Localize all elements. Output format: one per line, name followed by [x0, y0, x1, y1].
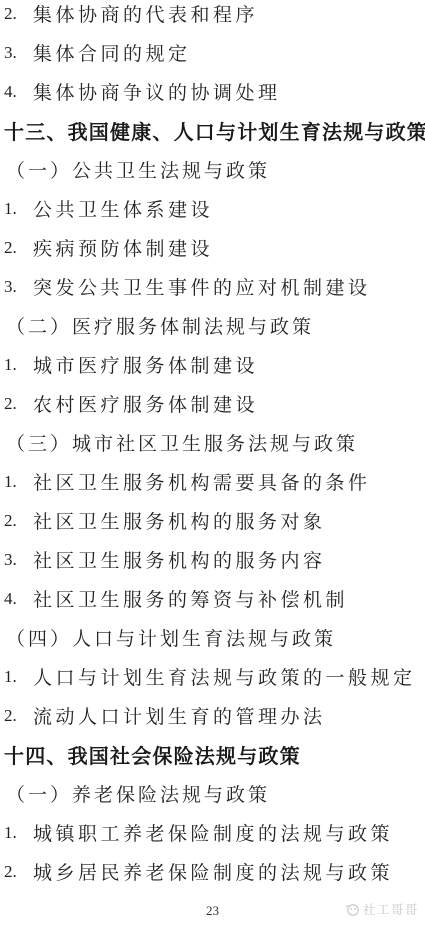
- toc-line-item: 2.社区卫生服务机构的服务对象: [0, 501, 425, 540]
- toc-line-section: （二）医疗服务体制法规与政策: [0, 306, 425, 345]
- toc-line-item: 2.农村医疗服务体制建设: [0, 384, 425, 423]
- item-text: 集体协商的代表和程序: [33, 0, 258, 27]
- item-number: 2.: [4, 511, 33, 531]
- item-text: 十三、我国健康、人口与计划生育法规与政策: [4, 116, 425, 145]
- toc-line-item: 3.突发公共卫生事件的应对机制建设: [0, 267, 425, 306]
- item-number: 2.: [4, 4, 33, 24]
- toc-line-item: 2.城乡居民养老保险制度的法规与政策: [0, 852, 425, 891]
- item-text: （三）城市社区卫生服务法规与政策: [6, 429, 358, 456]
- document-page: 2.集体协商的代表和程序3.集体合同的规定4.集体协商争议的协调处理十三、我国健…: [0, 0, 425, 930]
- item-text: 突发公共卫生事件的应对机制建设: [33, 273, 371, 300]
- toc-line-item: 1.城镇职工养老保险制度的法规与政策: [0, 813, 425, 852]
- item-text: 疾病预防体制建设: [33, 234, 213, 261]
- toc-line-item: 3.社区卫生服务机构的服务内容: [0, 540, 425, 579]
- item-number: 4.: [4, 82, 33, 102]
- item-text: （一）公共卫生法规与政策: [6, 156, 270, 183]
- item-text: 城乡居民养老保险制度的法规与政策: [33, 858, 393, 885]
- item-number: 3.: [4, 277, 33, 297]
- item-text: 社区卫生服务机构的服务对象: [33, 507, 326, 534]
- toc-line-section: （三）城市社区卫生服务法规与政策: [0, 423, 425, 462]
- toc-line-item: 1.公共卫生体系建设: [0, 189, 425, 228]
- item-text: 集体合同的规定: [33, 39, 191, 66]
- toc-line-item: 2.疾病预防体制建设: [0, 228, 425, 267]
- toc-line-item: 1.城市医疗服务体制建设: [0, 345, 425, 384]
- item-text: 人口与计划生育法规与政策的一般规定: [33, 663, 416, 690]
- toc-line-chapter: 十三、我国健康、人口与计划生育法规与政策: [0, 111, 425, 150]
- item-text: 城市医疗服务体制建设: [33, 351, 258, 378]
- item-text: 社区卫生服务机构的服务内容: [33, 546, 326, 573]
- item-text: （一）养老保险法规与政策: [6, 780, 270, 807]
- item-number: 3.: [4, 43, 33, 63]
- item-number: 2.: [4, 862, 33, 882]
- toc-line-section: （一）养老保险法规与政策: [0, 774, 425, 813]
- toc-line-item: 4.社区卫生服务的筹资与补偿机制: [0, 579, 425, 618]
- item-text: （四）人口与计划生育法规与政策: [6, 624, 336, 651]
- toc-line-section: （四）人口与计划生育法规与政策: [0, 618, 425, 657]
- item-number: 1.: [4, 667, 33, 687]
- item-text: 农村医疗服务体制建设: [33, 390, 258, 417]
- item-text: 集体协商争议的协调处理: [33, 78, 281, 105]
- toc-line-item: 2.集体协商的代表和程序: [0, 0, 425, 33]
- item-number: 4.: [4, 589, 33, 609]
- toc-line-item: 3.集体合同的规定: [0, 33, 425, 72]
- toc: 2.集体协商的代表和程序3.集体合同的规定4.集体协商争议的协调处理十三、我国健…: [0, 0, 425, 891]
- watermark: 社工哥哥: [345, 900, 419, 918]
- item-text: 社区卫生服务的筹资与补偿机制: [33, 585, 348, 612]
- item-number: 1.: [4, 199, 33, 219]
- item-number: 1.: [4, 823, 33, 843]
- toc-line-item: 1.人口与计划生育法规与政策的一般规定: [0, 657, 425, 696]
- watermark-label: 社工哥哥: [363, 900, 419, 918]
- item-text: 流动人口计划生育的管理办法: [33, 702, 326, 729]
- item-number: 1.: [4, 355, 33, 375]
- item-text: 十四、我国社会保险法规与政策: [4, 740, 301, 769]
- item-number: 2.: [4, 706, 33, 726]
- item-text: （二）医疗服务体制法规与政策: [6, 312, 314, 339]
- item-number: 1.: [4, 472, 33, 492]
- item-number: 3.: [4, 550, 33, 570]
- item-text: 社区卫生服务机构需要具备的条件: [33, 468, 371, 495]
- item-text: 城镇职工养老保险制度的法规与政策: [33, 819, 393, 846]
- toc-line-item: 4.集体协商争议的协调处理: [0, 72, 425, 111]
- item-number: 2.: [4, 394, 33, 414]
- toc-line-item: 1.社区卫生服务机构需要具备的条件: [0, 462, 425, 501]
- smiley-logo-icon: [345, 902, 360, 917]
- toc-line-section: （一）公共卫生法规与政策: [0, 150, 425, 189]
- item-number: 2.: [4, 238, 33, 258]
- toc-line-item: 2.流动人口计划生育的管理办法: [0, 696, 425, 735]
- item-text: 公共卫生体系建设: [33, 195, 213, 222]
- toc-line-chapter: 十四、我国社会保险法规与政策: [0, 735, 425, 774]
